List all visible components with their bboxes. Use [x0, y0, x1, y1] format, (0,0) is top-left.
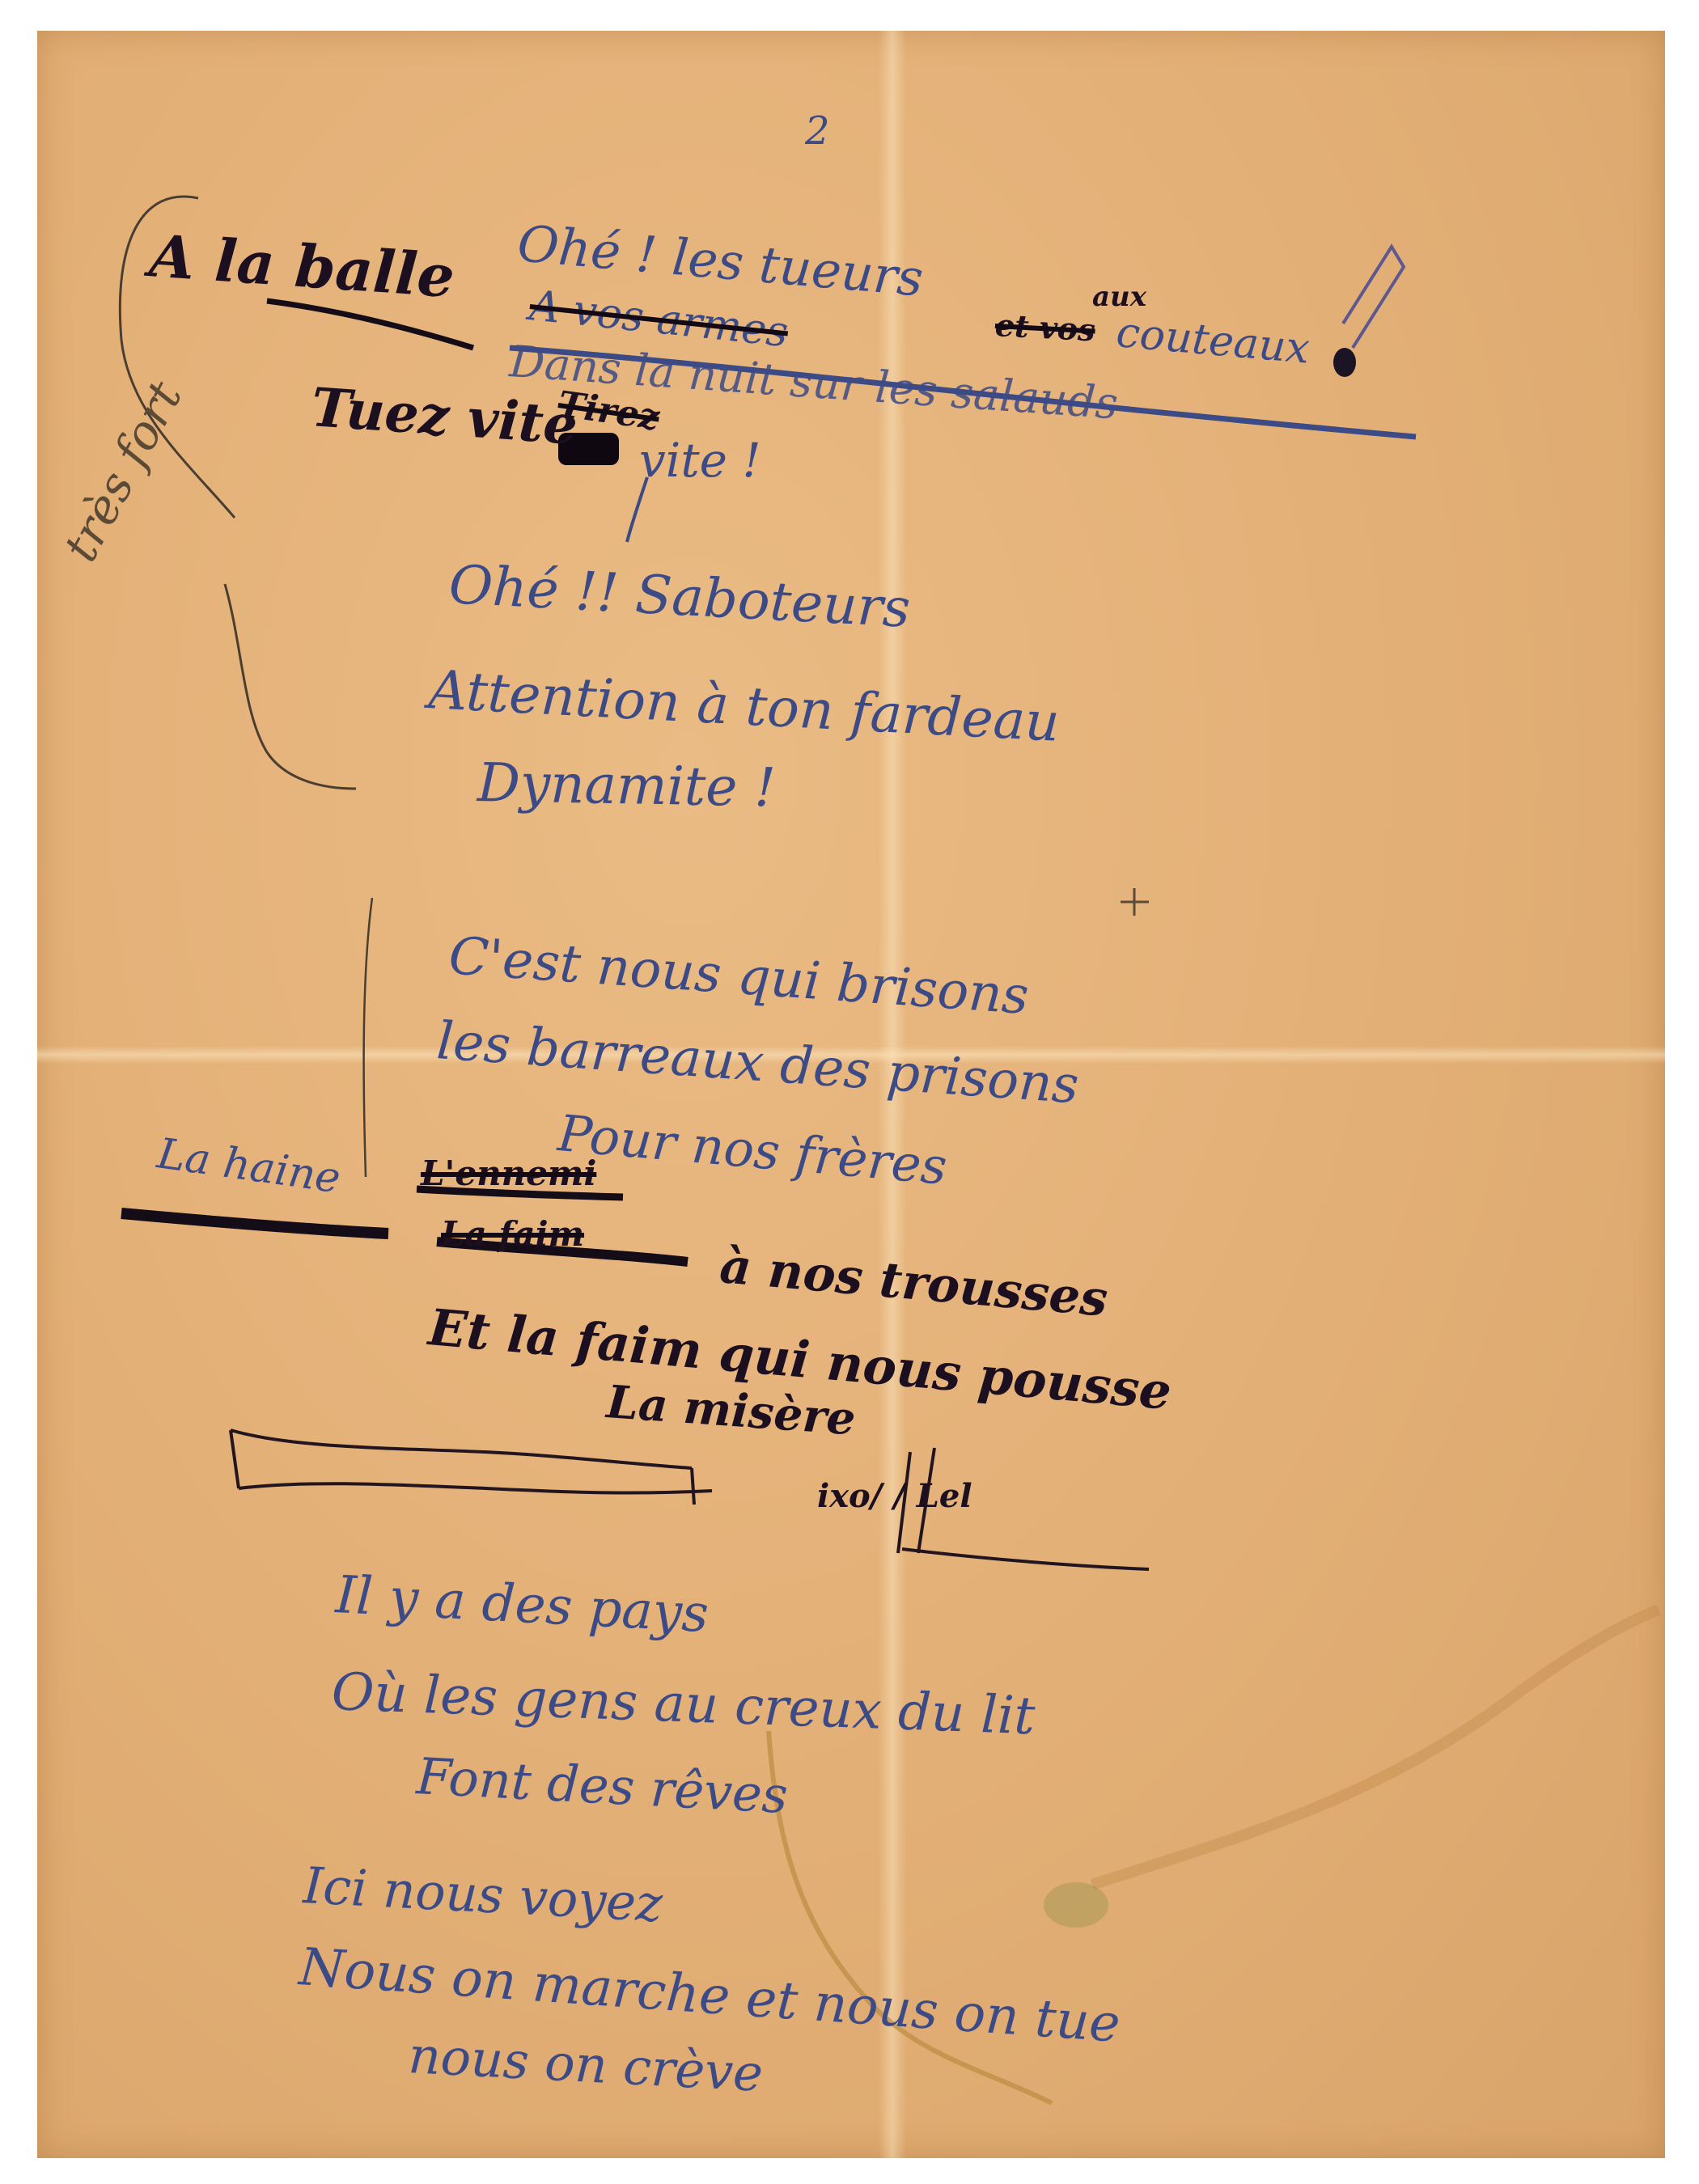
insert-aux: aux: [1092, 283, 1146, 311]
page-number: 2: [805, 112, 830, 150]
signature-fragment: ixo/ / Lel: [817, 1480, 972, 1513]
struck-text-la-faim: La faim: [441, 1217, 584, 1251]
struck-text-et-vos: et vos: [994, 310, 1096, 345]
word-vite: vite !: [639, 437, 761, 484]
line-dynamite: Dynamite !: [477, 756, 776, 815]
struck-text-lennemi: L'ennemi: [421, 1157, 596, 1191]
